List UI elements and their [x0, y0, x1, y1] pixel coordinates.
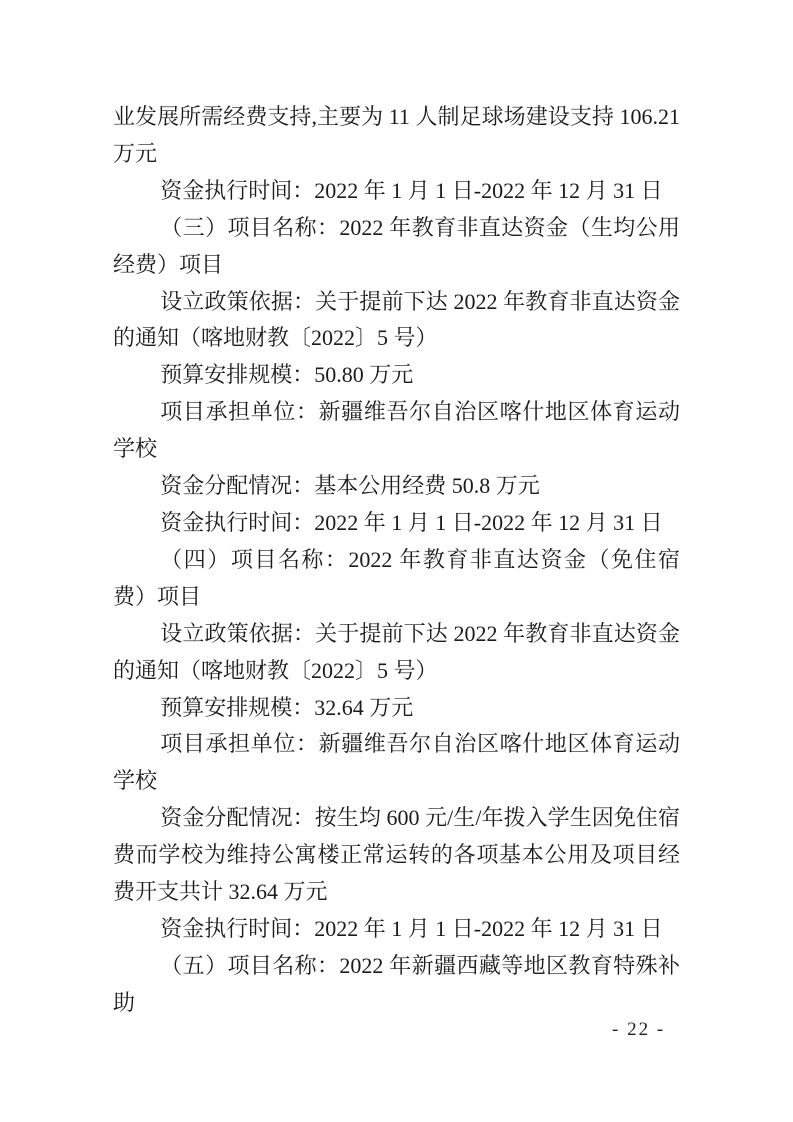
paragraph: 设立政策依据：关于提前下达 2022 年教育非直达资金的通知（喀地财教〔2022…: [113, 616, 680, 690]
paragraph: （五）项目名称：2022 年新疆西藏等地区教育特殊补助: [113, 948, 680, 1022]
paragraph: （三）项目名称：2022 年教育非直达资金（生均公用经费）项目: [113, 210, 680, 284]
paragraph: （四）项目名称：2022 年教育非直达资金（免住宿费）项目: [113, 542, 680, 616]
document-page: 业发展所需经费支持,主要为 11 人制足球场建设支持 106.21 万元资金执行…: [0, 0, 793, 1122]
document-text-block: 业发展所需经费支持,主要为 11 人制足球场建设支持 106.21 万元资金执行…: [113, 99, 680, 1022]
paragraph: 业发展所需经费支持,主要为 11 人制足球场建设支持 106.21 万元: [113, 99, 680, 173]
paragraph: 设立政策依据：关于提前下达 2022 年教育非直达资金的通知（喀地财教〔2022…: [113, 284, 680, 358]
paragraph: 资金分配情况：按生均 600 元/生/年拨入学生因免住宿费而学校为维持公寓楼正常…: [113, 800, 680, 911]
paragraph: 资金执行时间：2022 年 1 月 1 日-2022 年 12 月 31 日: [113, 505, 680, 542]
paragraph: 项目承担单位：新疆维吾尔自治区喀什地区体育运动学校: [113, 726, 680, 800]
paragraph: 预算安排规模：32.64 万元: [113, 690, 680, 727]
paragraph: 项目承担单位：新疆维吾尔自治区喀什地区体育运动学校: [113, 394, 680, 468]
paragraph: 资金分配情况：基本公用经费 50.8 万元: [113, 468, 680, 505]
page-number: - 22 -: [612, 1019, 665, 1041]
paragraph: 资金执行时间：2022 年 1 月 1 日-2022 年 12 月 31 日: [113, 173, 680, 210]
paragraph: 预算安排规模：50.80 万元: [113, 357, 680, 394]
paragraph: 资金执行时间：2022 年 1 月 1 日-2022 年 12 月 31 日: [113, 911, 680, 948]
